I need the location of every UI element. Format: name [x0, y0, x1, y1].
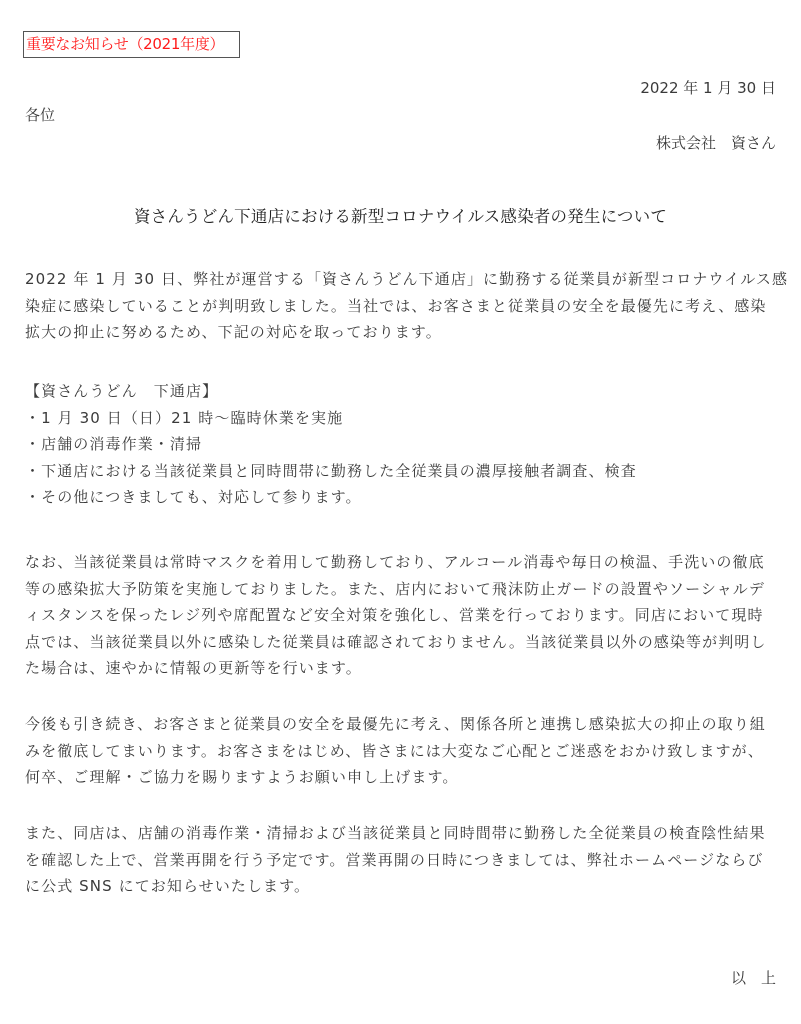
- document-date: 2022 年 1 月 30 日: [640, 78, 776, 98]
- text-line: 今後も引き続き、お客さまと従業員の安全を最優先に考え、関係各所と連携し感染拡大の…: [25, 711, 785, 738]
- addressee: 各位: [25, 105, 55, 125]
- text-line: みを徹底してまいります。お客さまをはじめ、皆さまには大変なご心配とご迷惑をおかけ…: [25, 738, 785, 765]
- list-item: ・その他につきましても、対応して参ります。: [25, 484, 785, 511]
- closing-mark: 以 上: [731, 968, 776, 988]
- important-notice-label: 重要なお知らせ（2021年度）: [23, 31, 240, 58]
- store-heading: 【資さんうどん 下通店】: [25, 378, 785, 405]
- text-line: ィスタンスを保ったレジ列や席配置など安全対策を強化し、営業を行っております。同店…: [25, 602, 785, 629]
- text-line: た場合は、速やかに情報の更新等を行います。: [25, 655, 785, 682]
- text-line: を確認した上で、営業再開を行う予定です。営業再開の日時につきましては、弊社ホーム…: [25, 847, 785, 874]
- text-line: 拡大の抑止に努めるため、下記の対応を取っております。: [25, 319, 785, 346]
- text-line: 等の感染拡大予防策を実施しておりました。また、店内において飛沫防止ガードの設置や…: [25, 576, 785, 603]
- text-line: なお、当該従業員は常時マスクを着用して勤務しており、アルコール消毒や毎日の検温、…: [25, 549, 785, 576]
- list-item: ・1 月 30 日（日）21 時～臨時休業を実施: [25, 405, 785, 432]
- text-line: 点では、当該従業員以外に感染した従業員は確認されておりません。当該従業員以外の感…: [25, 629, 785, 656]
- text-line: 何卒、ご理解・ご協力を賜りますようお願い申し上げます。: [25, 764, 785, 791]
- sender-company: 株式会社 資さん: [656, 133, 776, 153]
- list-item: ・下通店における当該従業員と同時間帯に勤務した全従業員の濃厚接触者調査、検査: [25, 458, 785, 485]
- text-line: また、同店は、店舗の消毒作業・清掃および当該従業員と同時間帯に勤務した全従業員の…: [25, 820, 785, 847]
- text-line: に公式 SNS にてお知らせいたします。: [25, 873, 785, 900]
- store-measures-section: 【資さんうどん 下通店】 ・1 月 30 日（日）21 時～臨時休業を実施 ・店…: [25, 378, 785, 511]
- text-line: 染症に感染していることが判明致しました。当社では、お客さまと従業員の安全を最優先…: [25, 293, 785, 320]
- paragraph-apology: 今後も引き続き、お客さまと従業員の安全を最優先に考え、関係各所と連携し感染拡大の…: [25, 711, 785, 791]
- paragraph-reopening: また、同店は、店舗の消毒作業・清掃および当該従業員と同時間帯に勤務した全従業員の…: [25, 820, 785, 900]
- list-item: ・店舗の消毒作業・清掃: [25, 431, 785, 458]
- text-line: 2022 年 1 月 30 日、弊社が運営する「資さんうどん下通店」に勤務する従…: [25, 266, 785, 293]
- paragraph-precautions: なお、当該従業員は常時マスクを着用して勤務しており、アルコール消毒や毎日の検温、…: [25, 549, 785, 682]
- document-title: 資さんうどん下通店における新型コロナウイルス感染者の発生について: [0, 203, 801, 227]
- paragraph-incident: 2022 年 1 月 30 日、弊社が運営する「資さんうどん下通店」に勤務する従…: [25, 266, 785, 346]
